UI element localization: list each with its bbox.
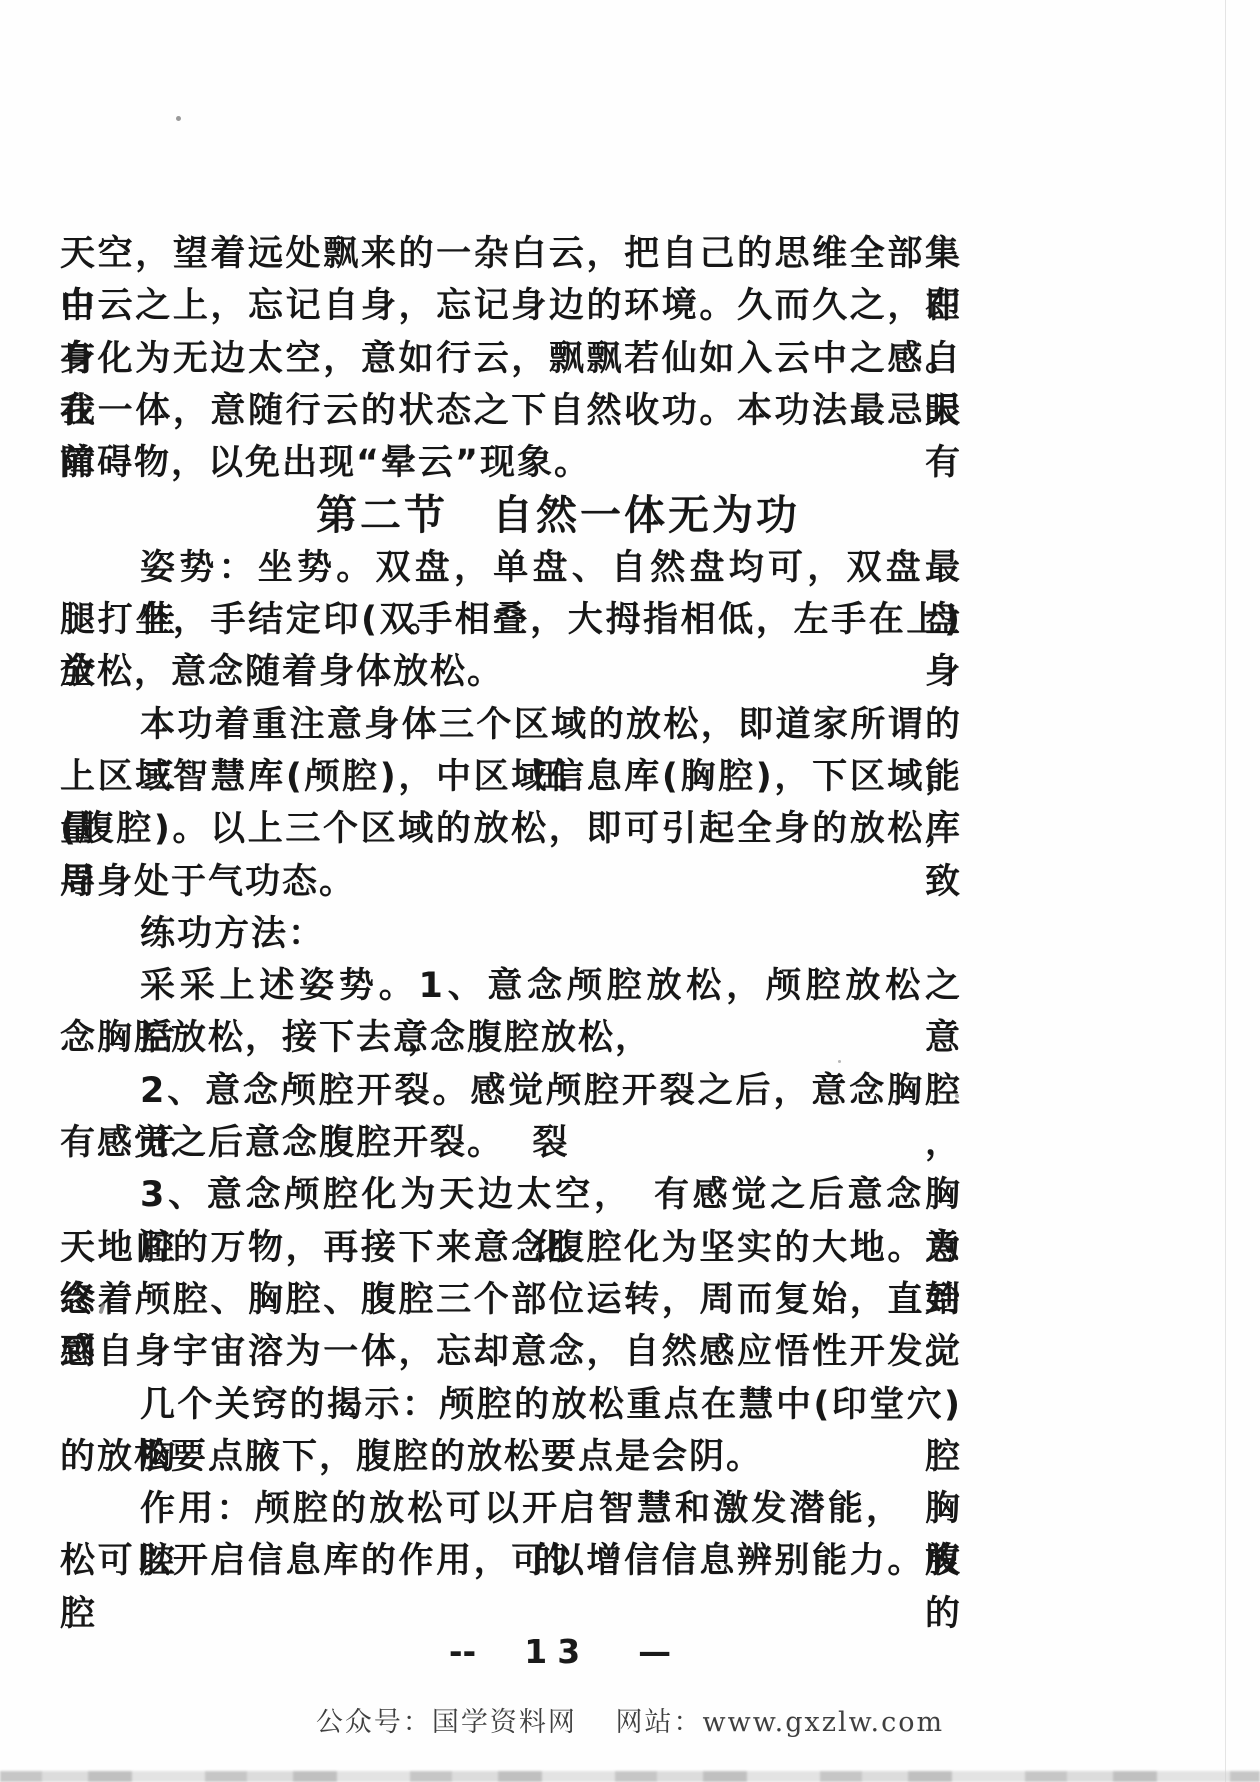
text-line: 2、意念颅腔开裂。感觉颅腔开裂之后，意念胸腔开裂， [60, 1065, 962, 1117]
watermark-footer: 公众号：国学资料网 网站：www.gxzlw.com [0, 1700, 1260, 1739]
page-number-value: 13 [524, 1632, 590, 1671]
text-line: 身化为无边太空，意如行云，飘飘若仙如入云中之感。在天 [60, 333, 962, 385]
text-line: 练功方法： [60, 908, 962, 960]
text-line: 我一体，意随行云的状态之下自然收功。本功法最忌眼前有 [60, 385, 962, 437]
section-heading: 第二节 自然一体无为功 [60, 489, 962, 541]
scanned-page: 天空，望着远处飘来的一杂白云，把自己的思维全部集中在白云之上，忘记自身，忘记身边… [0, 0, 1260, 1782]
text-line: 腿打坐，手结定印(双手相叠，大拇指相低，左手在上)全身 [60, 594, 962, 646]
text-block: 天空，望着远处飘来的一杂白云，把自己的思维全部集中在白云之上，忘记自身，忘记身边… [60, 228, 962, 1588]
scan-speck [955, 1094, 959, 1098]
text-line: 到自身宇宙溶为一体，忘却意念，自然感应悟性开发。 [60, 1326, 962, 1378]
text-line: 松可以开启信息库的作用，可以增信信息辨别能力。腹腔的 [60, 1535, 962, 1587]
text-line: 上区域智慧库(颅腔)，中区域信息库(胸腔)，下区域能量库 [60, 751, 962, 803]
text-line: 天地间的万物，再接下来意念腹腔化为坚实的大地。意念始 [60, 1222, 962, 1274]
text-line: 作用：颅腔的放松可以开启智慧和激发潜能， 胸腔的放 [60, 1483, 962, 1535]
page-number: -- 13 — [109, 1632, 1011, 1671]
scan-speck [176, 116, 181, 121]
text-line: 终着颅腔、胸腔、腹腔三个部位运转，周而复始，直到感觉 [60, 1274, 962, 1326]
text-line: 姿势：坐势。双盘，单盘、自然盘均可，双盘最佳。 盘 [60, 542, 962, 594]
text-line: 本功着重注意身体三个区域的放松，即道家所谓的三田， [60, 699, 962, 751]
watermark-account: 公众号：国学资料网 [316, 1707, 577, 1738]
text-line: (腹腔)。以上三个区域的放松，即可引起全身的放松，导致 [60, 803, 962, 855]
page-number-dash-left: -- [449, 1632, 476, 1671]
scan-edge-line [1225, 0, 1226, 1782]
text-line: 采采上述姿势。1、意念颅腔放松，颅腔放松之后， 意 [60, 960, 962, 1012]
scan-speck [838, 1060, 841, 1063]
text-line: 天空，望着远处飘来的一杂白云，把自己的思维全部集中在 [60, 228, 962, 280]
page-number-dash-right: — [638, 1632, 671, 1671]
text-line: 3、意念颅腔化为天边太空， 有感觉之后意念胸腔化为 [60, 1169, 962, 1221]
text-line: 几个关窍的揭示：颅腔的放松重点在慧中(印堂穴) 胸腔 [60, 1379, 962, 1431]
text-line: 白云之上，忘记自身，忘记身边的环境。久而久之，即有自 [60, 280, 962, 332]
watermark-site: 网站：www.gxzlw.com [616, 1707, 945, 1738]
scan-bottom-band [0, 1771, 1260, 1782]
